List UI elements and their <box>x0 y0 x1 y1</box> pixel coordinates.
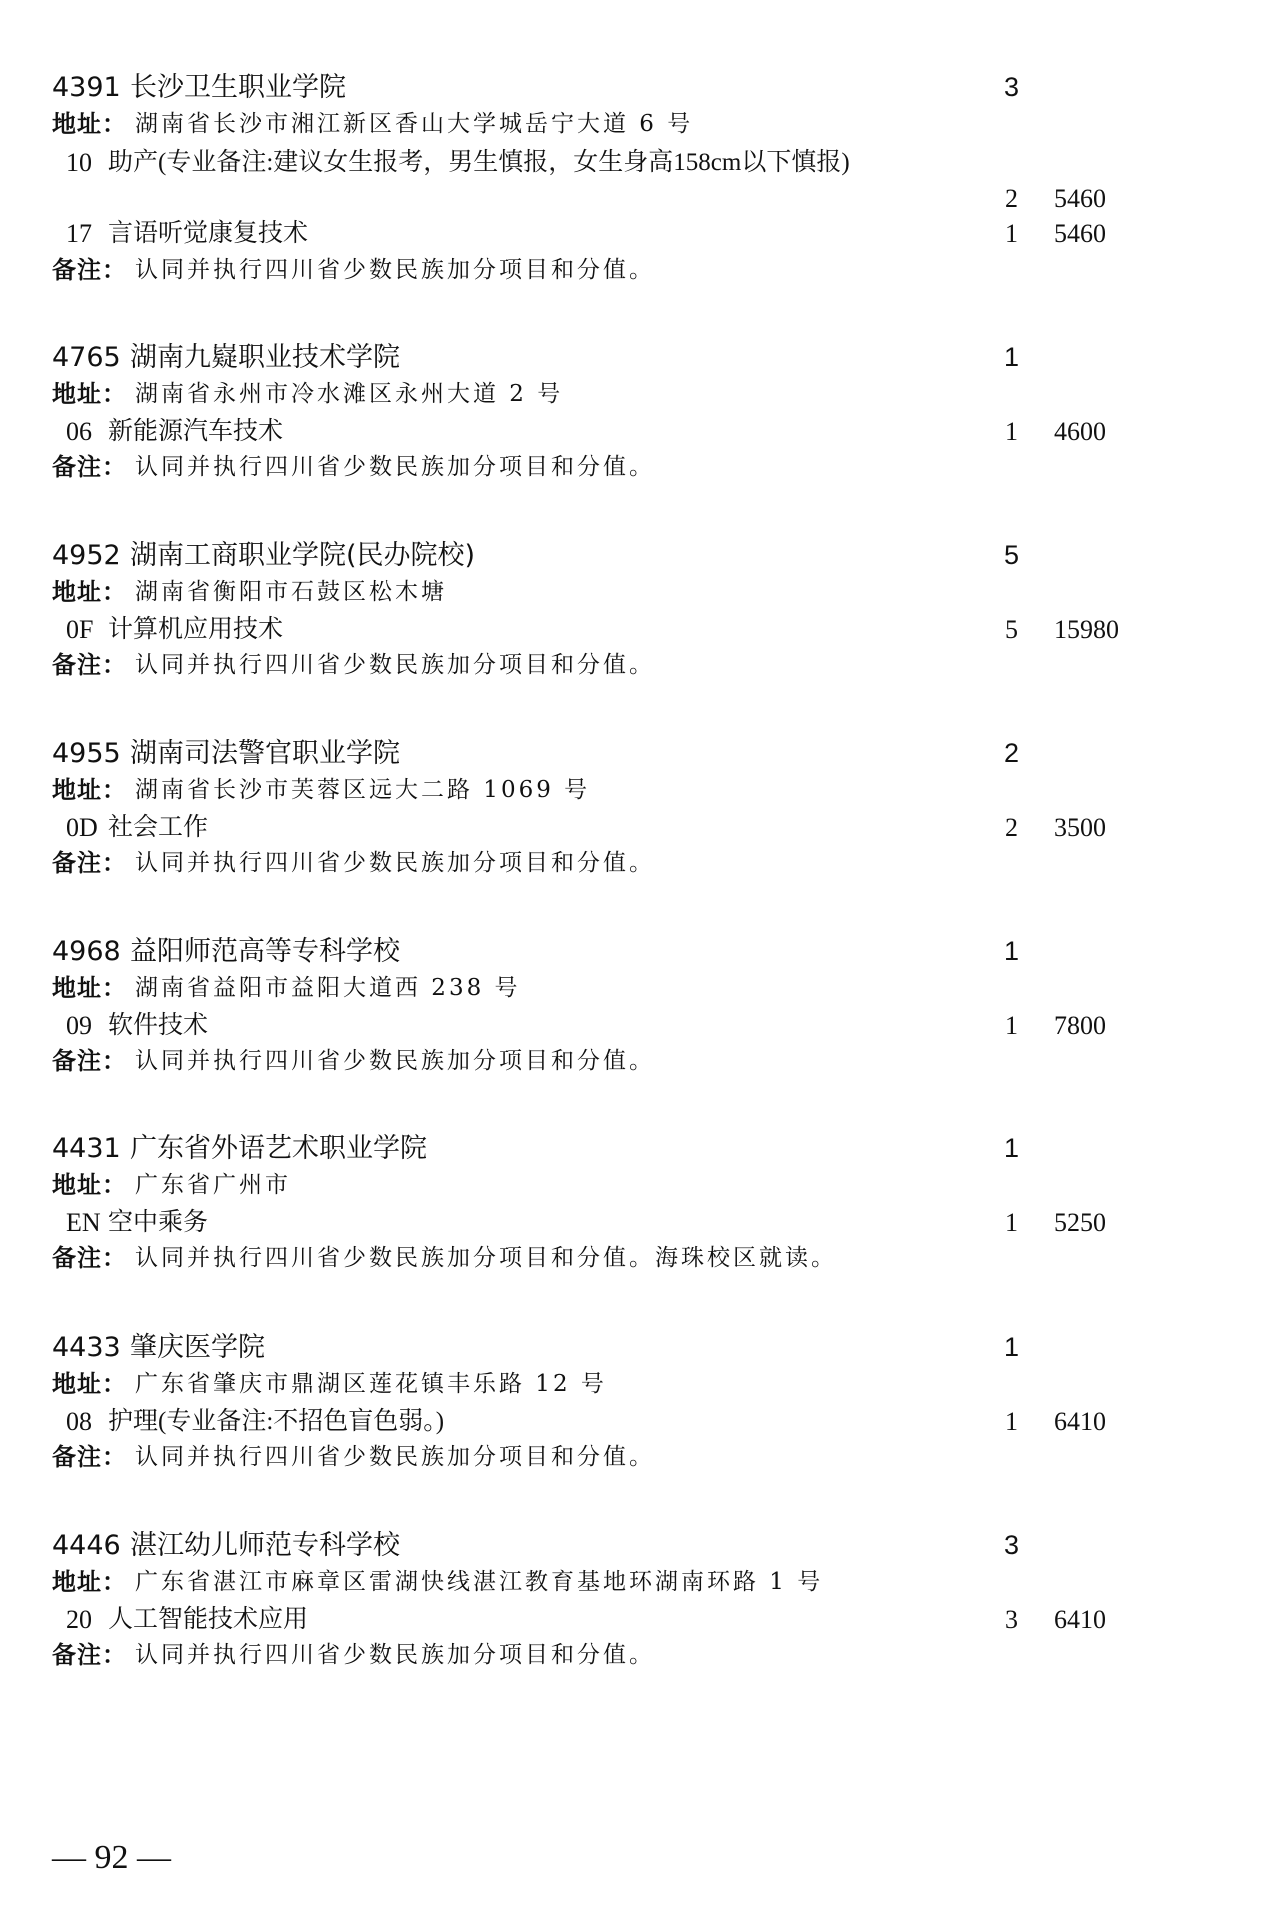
note-row: 备注： 认同并执行四川省少数民族加分项目和分值。 <box>0 647 1270 684</box>
note-label: 备注： <box>52 252 127 289</box>
major-code: 10 <box>66 144 92 181</box>
address-text: 湖南省益阳市益阳大道西 238 号 <box>135 970 521 1007</box>
major-code: 0D <box>66 809 98 846</box>
major-fee: 5250 <box>1054 1204 1106 1241</box>
address-row: 地址： 湖南省衡阳市石鼓区松木塘 <box>0 574 1270 611</box>
major-name: 新能源汽车技术 <box>108 413 283 450</box>
address-label: 地址： <box>52 574 127 611</box>
school-title-row: 4433 肇庆医学院 1 <box>0 1329 1270 1366</box>
address-text: 广东省广州市 <box>135 1167 291 1204</box>
school-total-count: 1 <box>1004 1130 1019 1167</box>
school-title-row: 4765 湖南九嶷职业技术学院 1 <box>0 339 1270 376</box>
address-label: 地址： <box>52 970 127 1007</box>
school-name: 湖南工商职业学院(民办院校) <box>130 537 475 574</box>
major-code: 20 <box>66 1601 92 1638</box>
note-label: 备注： <box>52 1240 127 1277</box>
major-fee: 6410 <box>1054 1403 1106 1440</box>
note-row: 备注： 认同并执行四川省少数民族加分项目和分值。 <box>0 449 1270 486</box>
major-name: 社会工作 <box>108 809 208 846</box>
school-total-count: 1 <box>1004 1329 1019 1366</box>
major-count: 2 <box>1005 809 1018 846</box>
major-row: EN 空中乘务 1 5250 <box>0 1204 1270 1241</box>
major-fee: 6410 <box>1054 1601 1106 1638</box>
note-text: 认同并执行四川省少数民族加分项目和分值。 <box>135 1043 655 1080</box>
note-text: 认同并执行四川省少数民族加分项目和分值。海珠校区就读。 <box>135 1240 837 1277</box>
address-label: 地址： <box>52 106 127 143</box>
major-fee: 4600 <box>1054 413 1106 450</box>
school-total-count: 3 <box>1004 1527 1019 1564</box>
note-text: 认同并执行四川省少数民族加分项目和分值。 <box>135 1439 655 1476</box>
address-text: 湖南省长沙市湘江新区香山大学城岳宁大道 6 号 <box>135 106 693 143</box>
major-code: EN <box>66 1204 101 1241</box>
school-name: 广东省外语艺术职业学院 <box>130 1130 427 1167</box>
major-count: 5 <box>1005 611 1018 648</box>
address-row: 地址： 湖南省永州市冷水滩区永州大道 2 号 <box>0 376 1270 413</box>
major-count: 1 <box>1005 1007 1018 1044</box>
note-label: 备注： <box>52 1043 127 1080</box>
note-text: 认同并执行四川省少数民族加分项目和分值。 <box>135 845 655 882</box>
major-count: 2 <box>1005 180 1018 217</box>
address-row: 地址： 广东省肇庆市鼎湖区莲花镇丰乐路 12 号 <box>0 1366 1270 1403</box>
address-label: 地址： <box>52 1167 127 1204</box>
address-text: 湖南省永州市冷水滩区永州大道 2 号 <box>135 376 563 413</box>
address-label: 地址： <box>52 376 127 413</box>
school-code: 4952 <box>52 537 121 574</box>
school-name: 湖南司法警官职业学院 <box>130 735 400 772</box>
school-code: 4433 <box>52 1329 121 1366</box>
school-code: 4446 <box>52 1527 121 1564</box>
major-code: 06 <box>66 413 92 450</box>
school-total-count: 5 <box>1004 537 1019 574</box>
school-code: 4955 <box>52 735 121 772</box>
note-text: 认同并执行四川省少数民族加分项目和分值。 <box>135 449 655 486</box>
major-row: 06 新能源汽车技术 1 4600 <box>0 413 1270 450</box>
major-fee: 7800 <box>1054 1007 1106 1044</box>
major-fee: 15980 <box>1054 611 1119 648</box>
major-name: 护理(专业备注:不招色盲色弱。) <box>108 1403 444 1440</box>
address-text: 广东省湛江市麻章区雷湖快线湛江教育基地环湖南环路 1 号 <box>135 1564 823 1601</box>
address-row: 地址： 广东省广州市 <box>0 1167 1270 1204</box>
note-text: 认同并执行四川省少数民族加分项目和分值。 <box>135 1637 655 1674</box>
note-row: 备注： 认同并执行四川省少数民族加分项目和分值。 <box>0 1043 1270 1080</box>
school-title-row: 4955 湖南司法警官职业学院 2 <box>0 735 1270 772</box>
note-label: 备注： <box>52 1439 127 1476</box>
address-label: 地址： <box>52 772 127 809</box>
school-title-row: 4952 湖南工商职业学院(民办院校) 5 <box>0 537 1270 574</box>
address-text: 湖南省长沙市芙蓉区远大二路 1069 号 <box>135 772 590 809</box>
school-total-count: 2 <box>1004 735 1019 772</box>
school-name: 湖南九嶷职业技术学院 <box>130 339 400 376</box>
major-row: 10 助产(专业备注:建议女生报考，男生慎报，女生身高158cm以下慎报) <box>0 144 1270 181</box>
note-row: 备注： 认同并执行四川省少数民族加分项目和分值。 <box>0 845 1270 882</box>
major-count: 1 <box>1005 1403 1018 1440</box>
major-row: 17 言语听觉康复技术 1 5460 <box>0 215 1270 252</box>
major-row-values: 2 5460 <box>0 180 1270 217</box>
address-row: 地址： 湖南省益阳市益阳大道西 238 号 <box>0 970 1270 1007</box>
school-title-row: 4431 广东省外语艺术职业学院 1 <box>0 1130 1270 1167</box>
major-code: 0F <box>66 611 93 648</box>
school-code: 4431 <box>52 1130 121 1167</box>
school-code: 4968 <box>52 933 121 970</box>
note-label: 备注： <box>52 1637 127 1674</box>
address-row: 地址： 湖南省长沙市湘江新区香山大学城岳宁大道 6 号 <box>0 106 1270 143</box>
address-text: 湖南省衡阳市石鼓区松木塘 <box>135 574 447 611</box>
major-fee: 3500 <box>1054 809 1106 846</box>
address-row: 地址： 广东省湛江市麻章区雷湖快线湛江教育基地环湖南环路 1 号 <box>0 1564 1270 1601</box>
address-label: 地址： <box>52 1564 127 1601</box>
note-label: 备注： <box>52 845 127 882</box>
note-row: 备注： 认同并执行四川省少数民族加分项目和分值。海珠校区就读。 <box>0 1240 1270 1277</box>
address-row: 地址： 湖南省长沙市芙蓉区远大二路 1069 号 <box>0 772 1270 809</box>
note-text: 认同并执行四川省少数民族加分项目和分值。 <box>135 252 655 289</box>
major-name: 计算机应用技术 <box>108 611 283 648</box>
major-row: 09 软件技术 1 7800 <box>0 1007 1270 1044</box>
major-code: 08 <box>66 1403 92 1440</box>
school-total-count: 1 <box>1004 339 1019 376</box>
school-code: 4391 <box>52 69 121 106</box>
major-name: 软件技术 <box>108 1007 208 1044</box>
major-name: 言语听觉康复技术 <box>108 215 308 252</box>
note-row: 备注： 认同并执行四川省少数民族加分项目和分值。 <box>0 252 1270 289</box>
major-count: 1 <box>1005 413 1018 450</box>
note-label: 备注： <box>52 449 127 486</box>
major-code: 17 <box>66 215 92 252</box>
school-title-row: 4391 长沙卫生职业学院 3 <box>0 69 1270 106</box>
address-text: 广东省肇庆市鼎湖区莲花镇丰乐路 12 号 <box>135 1366 607 1403</box>
major-name: 助产(专业备注:建议女生报考，男生慎报，女生身高158cm以下慎报) <box>108 144 850 181</box>
major-row: 0D 社会工作 2 3500 <box>0 809 1270 846</box>
major-row: 20 人工智能技术应用 3 6410 <box>0 1601 1270 1638</box>
school-total-count: 1 <box>1004 933 1019 970</box>
school-total-count: 3 <box>1004 69 1019 106</box>
note-row: 备注： 认同并执行四川省少数民族加分项目和分值。 <box>0 1637 1270 1674</box>
school-name: 益阳师范高等专科学校 <box>130 933 400 970</box>
major-code: 09 <box>66 1007 92 1044</box>
page-number: — 92 — <box>52 1838 171 1878</box>
major-count: 3 <box>1005 1601 1018 1638</box>
school-code: 4765 <box>52 339 121 376</box>
major-fee: 5460 <box>1054 180 1106 217</box>
major-row: 08 护理(专业备注:不招色盲色弱。) 1 6410 <box>0 1403 1270 1440</box>
school-name: 长沙卫生职业学院 <box>130 69 346 106</box>
school-name: 湛江幼儿师范专科学校 <box>130 1527 400 1564</box>
major-name: 人工智能技术应用 <box>108 1601 308 1638</box>
school-name: 肇庆医学院 <box>130 1329 265 1366</box>
major-count: 1 <box>1005 215 1018 252</box>
note-row: 备注： 认同并执行四川省少数民族加分项目和分值。 <box>0 1439 1270 1476</box>
major-count: 1 <box>1005 1204 1018 1241</box>
school-title-row: 4968 益阳师范高等专科学校 1 <box>0 933 1270 970</box>
school-title-row: 4446 湛江幼儿师范专科学校 3 <box>0 1527 1270 1564</box>
major-row: 0F 计算机应用技术 5 15980 <box>0 611 1270 648</box>
major-fee: 5460 <box>1054 215 1106 252</box>
note-text: 认同并执行四川省少数民族加分项目和分值。 <box>135 647 655 684</box>
note-label: 备注： <box>52 647 127 684</box>
major-name: 空中乘务 <box>108 1204 208 1241</box>
address-label: 地址： <box>52 1366 127 1403</box>
